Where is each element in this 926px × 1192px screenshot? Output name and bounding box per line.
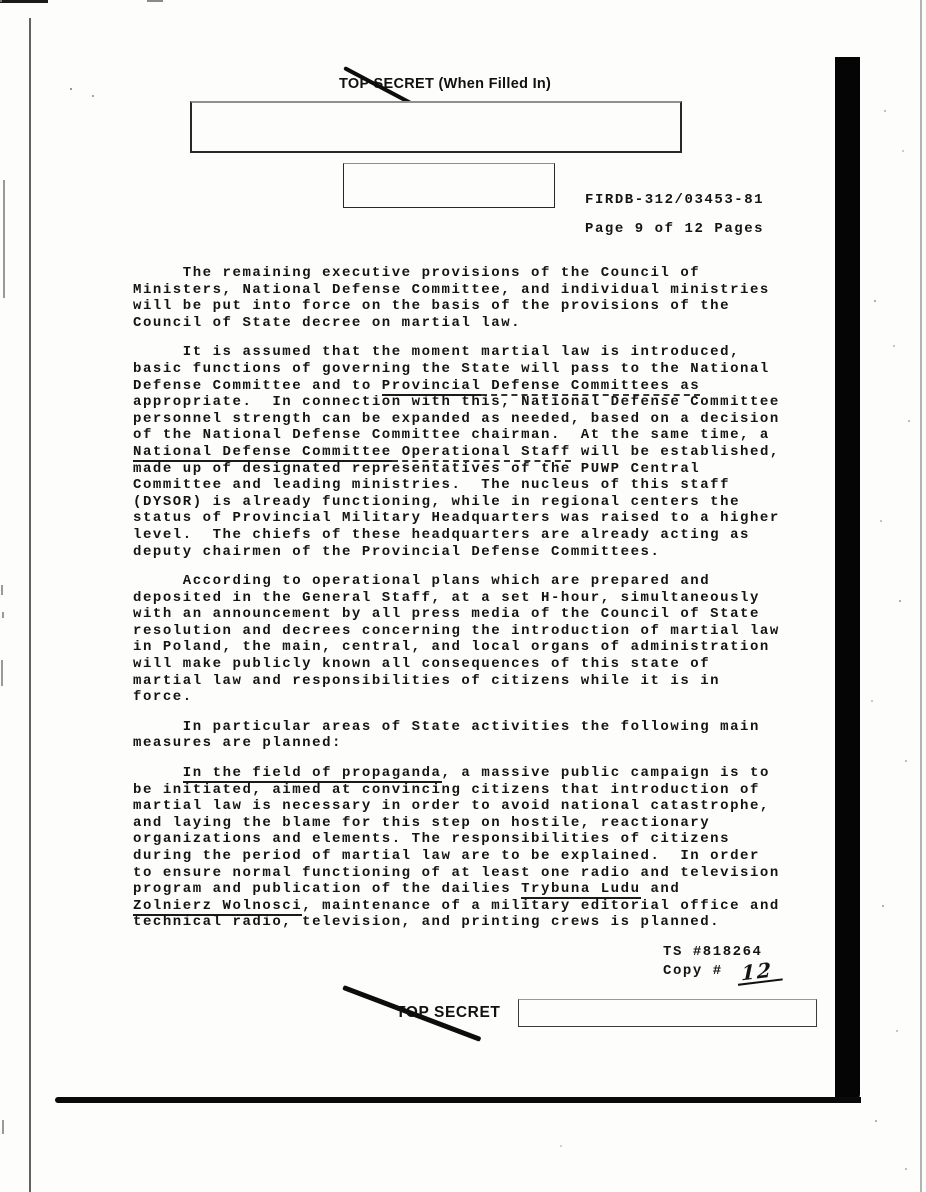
typed-line: technical radio, television, and printin… [133, 914, 833, 931]
page-number: Page 9 of 12 Pages [585, 221, 764, 237]
scan-edge-line-left [29, 18, 31, 1192]
typed-line: of the National Defense Committee chairm… [133, 427, 833, 444]
body-text: The remaining executive provisions of th… [133, 265, 833, 944]
typed-line: status of Provincial Military Headquarte… [133, 510, 833, 527]
handwritten-copy-number: 12 [738, 962, 783, 986]
typed-line: program and publication of the dailies T… [133, 881, 833, 898]
typed-line: will be put into force on the basis of t… [133, 298, 833, 315]
paragraph: It is assumed that the moment martial la… [133, 344, 833, 560]
scan-bottom-rule [55, 1097, 861, 1103]
typed-line: According to operational plans which are… [133, 573, 833, 590]
scan-margin-mark [3, 180, 5, 298]
typed-line: and laying the blame for this step on ho… [133, 815, 833, 832]
classification-stamp-bottom: TOP SECRET [396, 1004, 500, 1022]
scanned-document-page: TOP SECRET (When Filled In) FIRDB-312/03… [0, 0, 926, 1192]
scan-edge-line-top [0, 0, 48, 3]
redaction-box-middle [343, 163, 555, 208]
paragraph: In the field of propaganda, a massive pu… [133, 765, 833, 931]
typed-line: National Defense Committee Operational S… [133, 444, 833, 461]
typed-line: martial law is necessary in order to avo… [133, 798, 833, 815]
typed-line: The remaining executive provisions of th… [133, 265, 833, 282]
scan-margin-mark [1, 585, 3, 595]
typed-line: Council of State decree on martial law. [133, 315, 833, 332]
typed-line: organizations and elements. The responsi… [133, 831, 833, 848]
scan-binding-bar [835, 57, 860, 1103]
typed-line: will make publicly known all consequence… [133, 656, 833, 673]
redaction-box-top [190, 101, 682, 153]
typed-line: with an announcement by all press media … [133, 606, 833, 623]
document-number: FIRDB-312/03453-81 [585, 192, 764, 208]
typed-line: level. The chiefs of these headquarters … [133, 527, 833, 544]
scan-margin-mark [2, 612, 4, 618]
scan-edge-line-right [920, 0, 922, 1192]
ts-copy-block: TS #818264Copy # 12 [663, 944, 783, 980]
typed-line: It is assumed that the moment martial la… [133, 344, 833, 361]
typed-line: made up of designated representatives of… [133, 461, 833, 478]
typed-line: martial law and responsibilities of citi… [133, 673, 833, 690]
typed-line: basic functions of governing the State w… [133, 361, 833, 378]
typed-line: deputy chairmen of the Provincial Defens… [133, 544, 833, 561]
scan-edge-dash [147, 0, 163, 2]
typed-line: resolution and decrees concerning the in… [133, 623, 833, 640]
typed-line: in Poland, the main, central, and local … [133, 639, 833, 656]
ts-number: TS #818264 [663, 944, 763, 960]
redaction-box-bottom [518, 999, 817, 1027]
scan-speckles [0, 0, 2, 2]
typed-line: Defense Committee and to Provincial Defe… [133, 378, 833, 395]
typed-line: Ministers, National Defense Committee, a… [133, 282, 833, 299]
typed-line: personnel strength can be expanded as ne… [133, 411, 833, 428]
typed-line: In the field of propaganda, a massive pu… [133, 765, 833, 782]
typed-line: Zolnierz Wolnosci, maintenance of a mili… [133, 898, 833, 915]
typed-line: appropriate. In connection with this, Na… [133, 394, 833, 411]
scan-margin-mark [1, 660, 3, 686]
paragraph: In particular areas of State activities … [133, 719, 833, 752]
typed-line: measures are planned: [133, 735, 833, 752]
typed-line: In particular areas of State activities … [133, 719, 833, 736]
paragraph: The remaining executive provisions of th… [133, 265, 833, 331]
paragraph: According to operational plans which are… [133, 573, 833, 706]
typed-line: force. [133, 689, 833, 706]
typed-line: be initiated, aimed at convincing citize… [133, 782, 833, 799]
typed-line: (DYSOR) is already functioning, while in… [133, 494, 833, 511]
typed-line: to ensure normal functioning of at least… [133, 865, 833, 882]
typed-line: during the period of martial law are to … [133, 848, 833, 865]
typed-line: deposited in the General Staff, at a set… [133, 590, 833, 607]
scan-margin-mark [2, 1120, 4, 1134]
typed-line: Committee and leading ministries. The nu… [133, 477, 833, 494]
copy-label: Copy # [663, 963, 733, 979]
document-id-block: FIRDB-312/03453-81Page 9 of 12 Pages [585, 186, 764, 244]
